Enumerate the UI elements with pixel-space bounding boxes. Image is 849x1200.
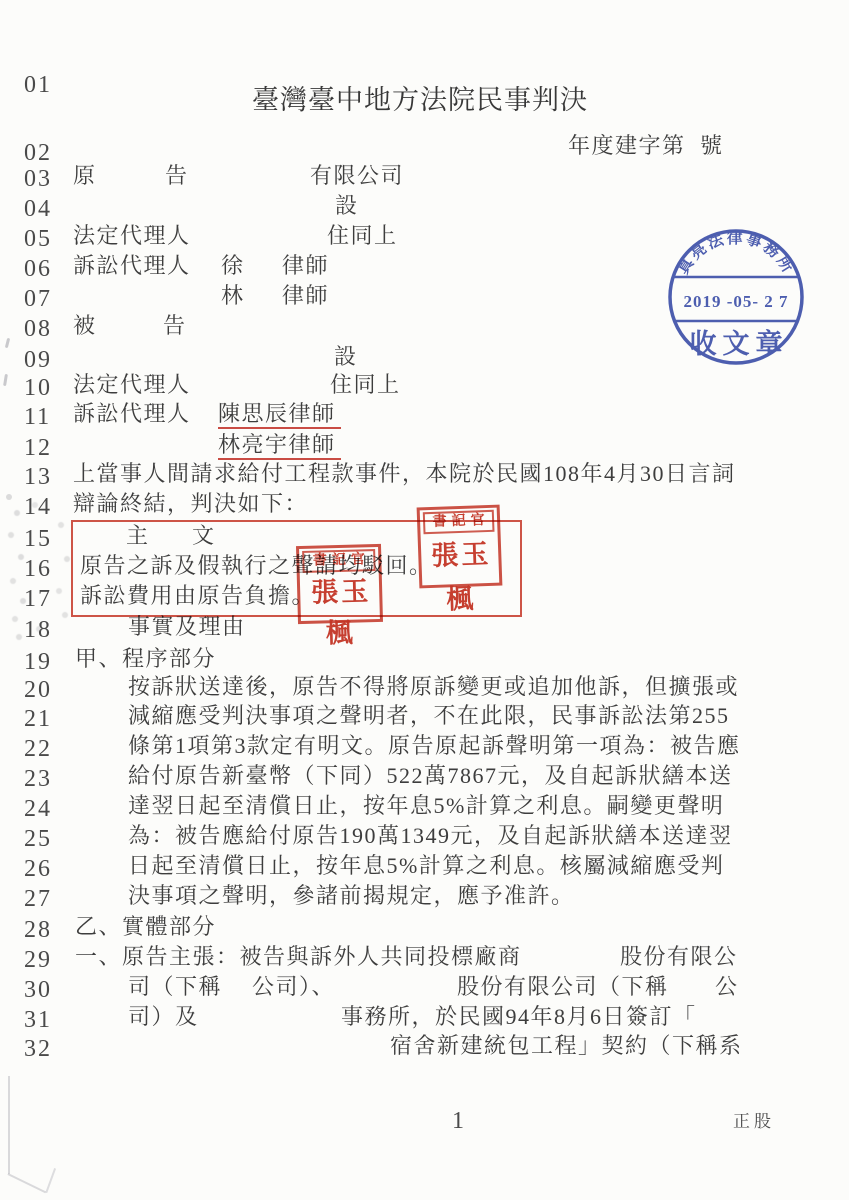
scan-scratch-artifact <box>8 1076 10 1174</box>
text-segment: 設 <box>334 344 358 369</box>
text-segment: 徐 <box>221 253 245 278</box>
text-segment: 律師 <box>282 283 329 308</box>
judgment-page: 書記官 張玉楓 書記官 張玉楓 真亮法律事務所 2019 -05- 2 7 收文… <box>0 0 849 1200</box>
text-segment: 公 <box>715 974 739 999</box>
text-segment: 司）及 <box>128 1004 199 1029</box>
text-segment: 住同上 <box>327 223 398 248</box>
text-segment: 號 <box>700 133 724 158</box>
text-segment: 決事項之聲明，參諸前揭規定，應予准許。 <box>128 883 575 908</box>
line-number: 31 <box>24 1007 64 1034</box>
scan-tick-artifact <box>3 374 8 386</box>
text-segment: 事務所，於民國94年8月6日簽訂「 <box>341 1004 697 1029</box>
text-segment: 達翌日起至清償日止，按年息5%計算之利息。嗣變更聲明 <box>128 793 724 818</box>
line-number: 24 <box>24 796 64 823</box>
line-number: 13 <box>24 464 64 491</box>
line-number: 28 <box>24 917 64 944</box>
text-segment: 按訴狀送達後，原告不得將原訴變更或追加他訴，但擴張或 <box>128 674 739 699</box>
scan-scratch-artifact <box>45 1168 55 1193</box>
text-segment: 事實及理由 <box>128 614 246 639</box>
text-segment: 甲、程序部分 <box>75 646 216 671</box>
line-number: 30 <box>24 977 64 1004</box>
line-number: 11 <box>24 404 64 431</box>
text-segment: 林 <box>221 283 245 308</box>
scan-scratch-artifact <box>8 1173 46 1193</box>
text-segment: 設 <box>335 193 359 218</box>
text-segment: 法定代理人 <box>73 223 191 248</box>
text-segment: 辯論終結，判決如下： <box>73 491 308 516</box>
line-number: 02 <box>24 140 64 167</box>
clerk-stamp-title: 書記官 <box>423 510 495 534</box>
text-segment: 條第1項第3款定有明文。原告原起訴聲明第一項為：被告應 <box>128 733 741 758</box>
text-segment: 上當事人間請求給付工程款事件，本院於民國108年4月30日言詞 <box>73 461 736 486</box>
text-segment: 告 <box>165 163 189 188</box>
clerk-stamp: 書記官 張玉楓 <box>296 544 383 624</box>
text-segment: 乙、實體部分 <box>75 914 216 939</box>
text-segment: 原 <box>73 163 97 188</box>
text-segment: 告 <box>163 313 187 338</box>
line-number: 06 <box>24 256 64 283</box>
line-number: 21 <box>24 706 64 733</box>
line-number: 03 <box>24 166 64 193</box>
line-number: 09 <box>24 347 64 374</box>
line-number: 27 <box>24 886 64 913</box>
law-firm-receipt-stamp: 真亮法律事務所 2019 -05- 2 7 收文章 <box>666 226 806 368</box>
line-number: 04 <box>24 196 64 223</box>
line-number: 17 <box>24 586 64 613</box>
text-segment: 日起至清償日止，按年息5%計算之利息。核屬減縮應受判 <box>128 853 724 878</box>
clerk-stamp-name: 張玉楓 <box>421 532 501 623</box>
line-number: 20 <box>24 677 64 704</box>
stamp-date: 2019 -05- 2 7 <box>683 292 788 311</box>
line-number: 26 <box>24 856 64 883</box>
text-segment: 減縮應受判決事項之聲明者，不在此限，民事訴訟法第255 <box>128 703 730 728</box>
text-segment: 公司）、 <box>252 974 335 999</box>
text-segment: 被 <box>73 313 97 338</box>
line-number: 18 <box>24 617 64 644</box>
text-segment: 陳思辰律師 <box>218 401 341 429</box>
text-segment: 司（下稱 <box>128 974 222 999</box>
text-segment: 一、原告主張：被告與訴外人共同投標廠商 <box>75 944 522 969</box>
line-number: 23 <box>24 766 64 793</box>
clerk-stamp: 書記官 張玉楓 <box>417 505 503 589</box>
line-number: 22 <box>24 736 64 763</box>
stamp-firm-name: 真亮法律事務所 <box>673 229 799 278</box>
line-number: 05 <box>24 226 64 253</box>
text-segment: 股份有限公 <box>620 944 738 969</box>
clerk-stamp-title: 書記官 <box>302 549 376 573</box>
line-number: 29 <box>24 947 64 974</box>
text-segment: 法定代理人 <box>73 372 191 397</box>
line-number: 07 <box>24 286 64 313</box>
line-number: 01 <box>24 72 64 99</box>
text-segment: 林亮宇律師 <box>218 432 341 460</box>
line-number: 14 <box>24 494 64 521</box>
document-title: 臺灣臺中地方法院民事判決 <box>252 88 588 113</box>
stamp-receipt-label: 收文章 <box>690 328 789 359</box>
page-number: 1 <box>452 1108 464 1135</box>
text-segment: 為：被告應給付原告190萬1349元，及自起訴狀繕本送達翌 <box>128 823 733 848</box>
line-number: 08 <box>24 316 64 343</box>
line-number: 32 <box>24 1036 64 1063</box>
line-number: 16 <box>24 556 64 583</box>
text-segment: 律師 <box>282 253 329 278</box>
clerk-stamp-name: 張玉楓 <box>300 571 381 655</box>
text-segment: 給付原告新臺幣（下同）522萬7867元，及自起訴狀繕本送 <box>128 763 733 788</box>
line-number: 10 <box>24 375 64 402</box>
text-segment: 有限公司 <box>310 163 404 188</box>
line-number: 15 <box>24 526 64 553</box>
line-number: 25 <box>24 826 64 853</box>
text-segment: 訴訟代理人 <box>73 253 191 278</box>
text-segment: 訴訟代理人 <box>73 401 191 426</box>
scan-tick-artifact <box>5 338 10 348</box>
text-segment: 住同上 <box>330 372 401 397</box>
line-number: 19 <box>24 649 64 676</box>
section-label: 正股 <box>733 1107 775 1132</box>
text-segment: 年度建字第 <box>568 133 686 158</box>
svg-text:真亮法律事務所: 真亮法律事務所 <box>673 229 799 278</box>
text-segment: 股份有限公司（下稱 <box>457 974 669 999</box>
scan-dots-artifact <box>6 494 12 500</box>
text-segment: 宿舍新建統包工程」契約（下稱系 <box>390 1033 743 1058</box>
line-number: 12 <box>24 435 64 462</box>
